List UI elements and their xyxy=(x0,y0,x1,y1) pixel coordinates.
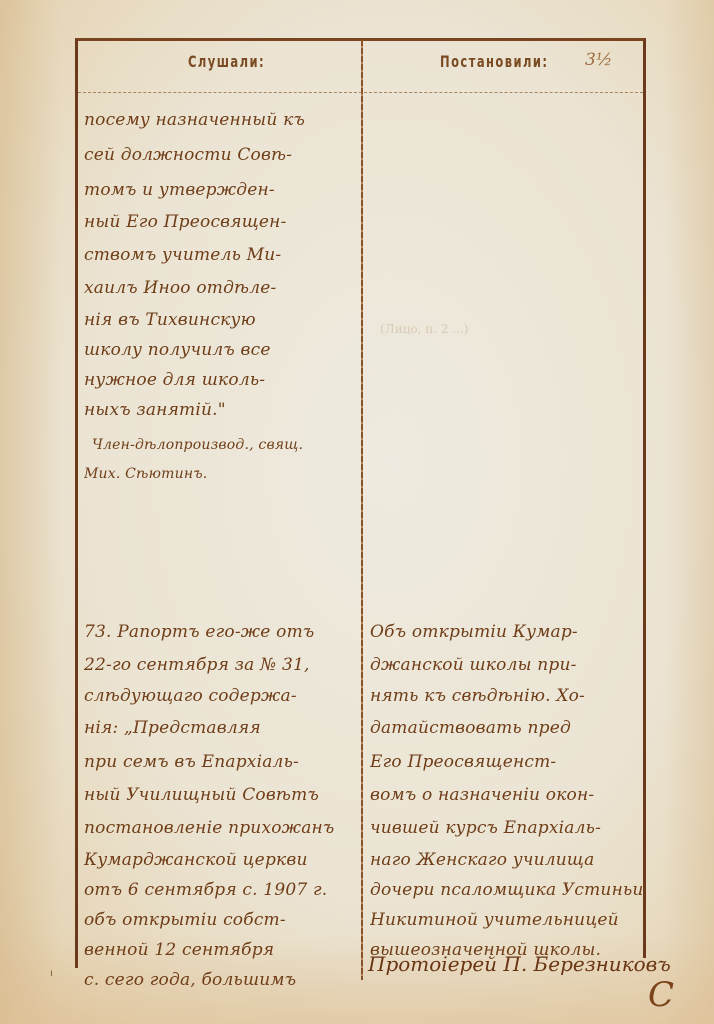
handwritten-line: Никитиной учительницей xyxy=(370,910,642,930)
handwritten-line: датайствовать пред xyxy=(370,718,642,738)
handwritten-line: нія въ Тихвинскую xyxy=(84,310,356,330)
handwritten-line: сей должности Совѣ- xyxy=(84,145,356,165)
handwritten-line: школу получилъ все xyxy=(84,340,356,360)
archpriest-signature: Протоіерей П. Березниковъ xyxy=(368,952,671,976)
handwritten-line: ный Его Преосвящен- xyxy=(84,212,356,232)
handwritten-line: посему назначенный къ xyxy=(84,110,356,130)
handwritten-line: 22-го сентября за № 31, xyxy=(84,655,356,675)
table-frame-tail xyxy=(75,958,78,968)
handwritten-line: слѣдующаго содержа- xyxy=(84,686,356,706)
handwritten-line: дочери псаломщика Устиньи xyxy=(370,880,642,900)
signature-line: Мих. Сѣютинъ. xyxy=(84,466,356,482)
column-divider xyxy=(361,40,363,980)
handwritten-line: Его Преосвященст- xyxy=(370,752,642,772)
bleed-through-text: (Лицо, п. 2 ...) xyxy=(380,322,468,336)
handwritten-line: постановленіе прихожанъ xyxy=(84,818,356,838)
handwritten-line: ствомъ учитель Ми- xyxy=(84,245,356,265)
handwritten-line: объ открытіи собст- xyxy=(84,910,356,930)
handwritten-line: наго Женскаго училища xyxy=(370,850,642,870)
handwritten-line: 73. Рапортъ его-же отъ xyxy=(84,622,356,642)
handwritten-line: нужное для школь- xyxy=(84,370,356,390)
handwritten-line: джанской школы при- xyxy=(370,655,642,675)
handwritten-line: нія: „Представляя xyxy=(84,718,356,738)
handwritten-line: Кумарджанской церкви xyxy=(84,850,356,870)
handwritten-line: томъ и утвержден- xyxy=(84,180,356,200)
header-page-note: 3½ xyxy=(585,50,612,70)
handwritten-line: ный Училищный Совѣтъ xyxy=(84,785,356,805)
margin-mark: ı xyxy=(50,968,53,979)
handwritten-line: венной 12 сентября xyxy=(84,940,356,960)
handwritten-line: вомъ о назначеніи окон- xyxy=(370,785,642,805)
paper-stain-left xyxy=(0,0,60,1024)
handwritten-line: нять къ свѣдѣнію. Хо- xyxy=(370,686,642,706)
header-rule xyxy=(78,92,643,93)
header-left-label: Слушали: xyxy=(188,52,265,71)
signature-line: Член-дѣлопроизвод., свящ. xyxy=(92,437,364,453)
handwritten-line: при семъ въ Епархіаль- xyxy=(84,752,356,772)
corner-initial-mark: С xyxy=(648,975,674,1015)
paper-stain-right xyxy=(664,0,714,1024)
handwritten-line: отъ 6 сентября с. 1907 г. xyxy=(84,880,356,900)
header-right-label: Постановили: xyxy=(440,52,548,71)
handwritten-line: Объ открытіи Кумар- xyxy=(370,622,642,642)
handwritten-line: ныхъ занятій." xyxy=(84,400,356,420)
handwritten-line: чившей курсъ Епархіаль- xyxy=(370,818,642,838)
handwritten-line: с. сего года, большимъ xyxy=(84,970,356,990)
handwritten-line: хаилъ Иноо отдѣле- xyxy=(84,278,356,298)
